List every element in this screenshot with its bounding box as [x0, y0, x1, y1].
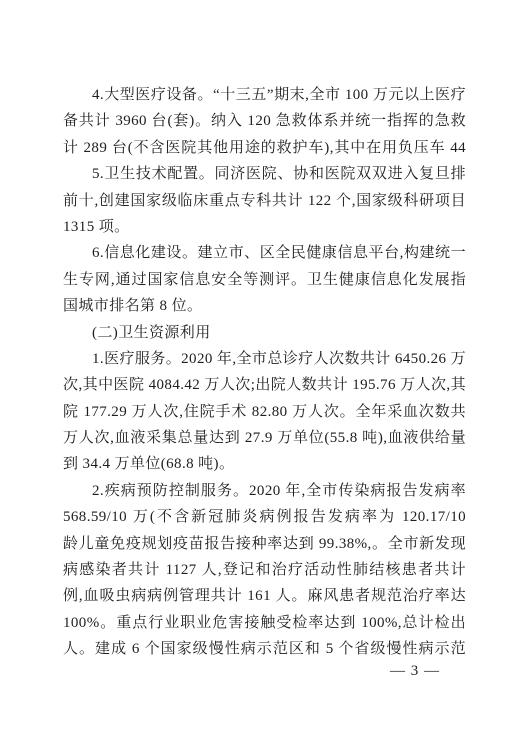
text-line: 备共计 3960 台(套)。纳入 120 急救体系并统一指挥的急救车共	[63, 108, 466, 134]
text-line: 到 34.4 万单位(68.8 吨)。	[63, 451, 466, 477]
text-line: 前十,创建国家级临床重点专科共计 122 个,国家级科研项目累计	[63, 188, 466, 214]
text-line: 例,血吸虫病病例管理共计 161 人。麻风患者规范治疗率达到	[63, 583, 466, 609]
text-line: 万人次,血液采集总量达到 27.9 万单位(55.8 吨),血液供给量达	[63, 425, 466, 451]
text-line: 人。建成 6 个国家级慢性病示范区和 5 个省级慢性病示范区,人	[63, 636, 466, 662]
text-line: 4.大型医疗设备。“十三五”期末,全市 100 万元以上医疗设	[63, 82, 466, 108]
text-line: 龄儿童免疫规划疫苗报告接种率达到 99.38%,。全市新发现艾滋	[63, 531, 466, 557]
text-line: 5.卫生技术配置。同济医院、协和医院双双进入复旦排行榜	[63, 161, 466, 187]
document-body: 4.大型医疗设备。“十三五”期末,全市 100 万元以上医疗设 备共计 3960…	[63, 82, 466, 663]
text-line: 2.疾病预防控制服务。2020 年,全市传染病报告发病率为	[63, 478, 466, 504]
text-line: 国城市排名第 8 位。	[63, 293, 466, 319]
text-line: 568.59/10 万(不含新冠肺炎病例报告发病率为 120.17/10 万)。…	[63, 504, 466, 530]
text-line: 1315 项。	[63, 214, 466, 240]
section-heading: (二)卫生资源利用	[63, 320, 466, 346]
text-line: 次,其中医院 4084.42 万人次;出院人数共计 195.76 万人次,其中医	[63, 372, 466, 398]
text-line: 生专网,通过国家信息安全等测评。卫生健康信息化发展指数全	[63, 267, 466, 293]
text-line: 1.医疗服务。2020 年,全市总诊疗人次数共计 6450.26 万人	[63, 346, 466, 372]
text-line: 6.信息化建设。建立市、区全民健康信息平台,构建统一的卫	[63, 240, 466, 266]
text-line: 100%。重点行业职业危害接触受检率达到 100%,总计检出 3816	[63, 610, 466, 636]
page-number: — 3 —	[63, 663, 440, 680]
text-line: 计 289 台(不含医院其他用途的救护车),其中在用负压车 44 台。	[63, 135, 466, 161]
document-page: 4.大型医疗设备。“十三五”期末,全市 100 万元以上医疗设 备共计 3960…	[0, 0, 529, 751]
text-line: 病感染者共计 1127 人,登记和治疗活动性肺结核患者共计 4496	[63, 557, 466, 583]
text-line: 院 177.29 万人次,住院手术 82.80 万人次。全年采血次数共计 17.…	[63, 399, 466, 425]
